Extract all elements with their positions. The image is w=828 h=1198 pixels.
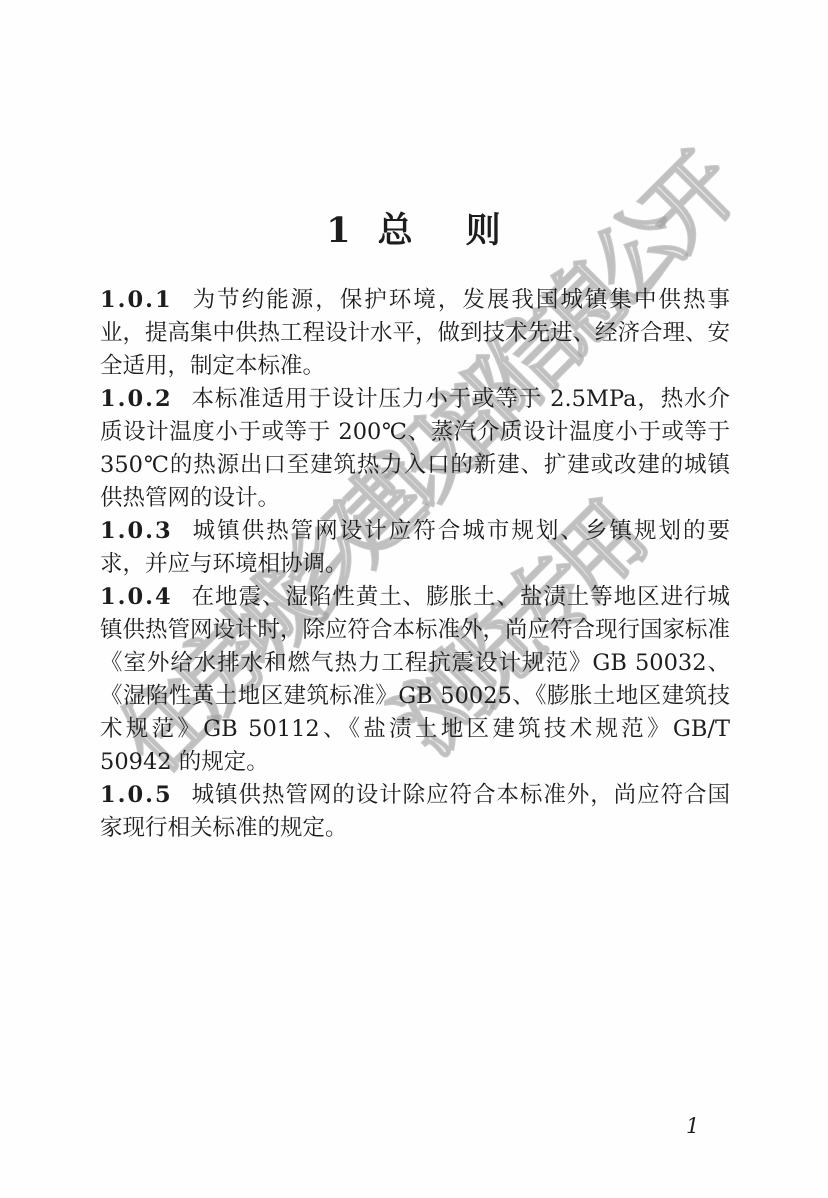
clause-1-0-5-number: 1.0.5 [100,782,173,808]
clause-1-0-5: 1.0.5城镇供热管网的设计除应符合本标准外，尚应符合国家现行相关标准的规定。 [100,779,730,845]
clause-1-0-1-text: 为节约能源，保护环境，发展我国城镇集中供热事业，提高集中供热工程设计水平，做到技… [100,287,730,379]
chapter-title-word-1: 总 [378,203,414,253]
document-page: 住房城乡建设部信息公开 浏览专用 1 总 则 1.0.1为节约能源，保护环境，发… [0,0,828,1198]
clause-1-0-5-text: 城镇供热管网的设计除应符合本标准外，尚应符合国家现行相关标准的规定。 [100,782,730,841]
clause-1-0-1: 1.0.1为节约能源，保护环境，发展我国城镇集中供热事业，提高集中供热工程设计水… [100,284,730,383]
clause-1-0-2-number: 1.0.2 [100,386,173,412]
chapter-number: 1 [326,210,351,251]
chapter-title: 1 总 则 [0,203,828,253]
clause-1-0-3: 1.0.3城镇供热管网设计应符合城市规划、乡镇规划的要求，并应与环境相协调。 [100,515,730,581]
clauses-block: 1.0.1为节约能源，保护环境，发展我国城镇集中供热事业，提高集中供热工程设计水… [100,284,730,845]
clause-1-0-4-number: 1.0.4 [100,584,173,610]
clause-1-0-2: 1.0.2本标准适用于设计压力小于或等于 2.5MPa，热水介质设计温度小于或等… [100,383,730,515]
clause-1-0-1-number: 1.0.1 [100,287,173,313]
page-content: 1 总 则 1.0.1为节约能源，保护环境，发展我国城镇集中供热事业，提高集中供… [0,0,828,1198]
page-number: 1 [686,1114,699,1138]
clause-1-0-3-text: 城镇供热管网设计应符合城市规划、乡镇规划的要求，并应与环境相协调。 [100,518,730,577]
chapter-title-word-2: 则 [466,203,502,253]
clause-1-0-4-text: 在地震、湿陷性黄土、膨胀土、盐渍土等地区进行城镇供热管网设计时，除应符合本标准外… [100,584,730,775]
clause-1-0-2-text: 本标准适用于设计压力小于或等于 2.5MPa，热水介质设计温度小于或等于 200… [100,386,730,511]
clause-1-0-4: 1.0.4在地震、湿陷性黄土、膨胀土、盐渍土等地区进行城镇供热管网设计时，除应符… [100,581,730,779]
clause-1-0-3-number: 1.0.3 [100,518,173,544]
